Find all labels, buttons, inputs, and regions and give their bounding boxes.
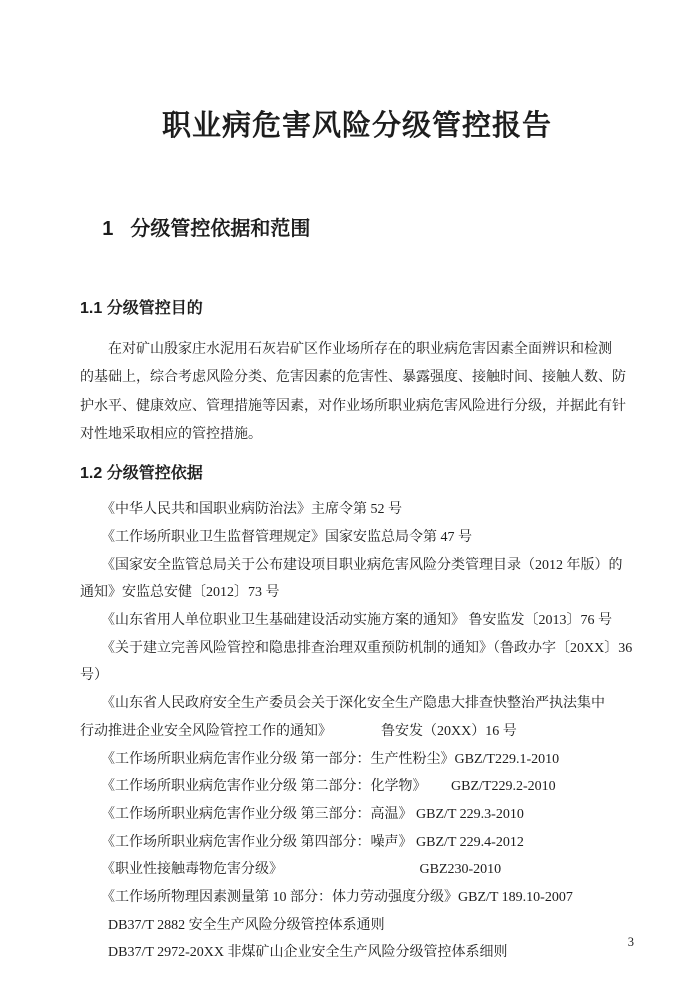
reference-line: 通知》安监总安健〔2012〕73 号 xyxy=(80,579,634,607)
reference-line: 《山东省人民政府安全生产委员会关于深化安全生产隐患大排查快整治严执法集中 xyxy=(80,690,634,718)
reference-line: 号） xyxy=(80,662,634,690)
reference-line: 《工作场所物理因素测量第 10 部分：体力劳动强度分级》GBZ/T 189.10… xyxy=(80,884,634,912)
paragraph-line: 护水平、健康效应、管理措施等因素，对作业场所职业病危害风险进行分级，并据此有针 xyxy=(80,393,634,421)
reference-line: 《职业性接触毒物危害分级》 GBZ230-2010 xyxy=(80,856,634,884)
reference-line: 《工作场所职业病危害作业分级 第三部分：高温》 GBZ/T 229.3-2010 xyxy=(80,801,634,829)
reference-line: 《工作场所职业卫生监督管理规定》国家安监总局令第 47 号 xyxy=(80,524,634,552)
paragraph-line: 的基础上，综合考虑风险分类、危害因素的危害性、暴露强度、接触时间、接触人数、防 xyxy=(80,364,634,392)
section-1-2-heading: 1.2 分级管控依据 xyxy=(80,465,634,483)
reference-line: DB37/T 2882 安全生产风险分级管控体系通则 xyxy=(80,912,634,940)
purpose-paragraph: 在对矿山殷家庄水泥用石灰岩矿区作业场所存在的职业病危害因素全面辨识和检测的基础上… xyxy=(80,336,634,449)
reference-line: 《山东省用人单位职业卫生基础建设活动实施方案的通知》 鲁安监发〔2013〕76 … xyxy=(80,607,634,635)
references-list: 《中华人民共和国职业病防治法》主席令第 52 号 《工作场所职业卫生监督管理规定… xyxy=(80,496,634,967)
reference-line: 《国家安全监管总局关于公布建设项目职业病危害风险分类管理目录（2012 年版）的 xyxy=(80,552,634,580)
section-1-title: 分级管控依据和范围 xyxy=(130,218,310,240)
reference-line: 《工作场所职业病危害作业分级 第二部分：化学物》 GBZ/T229.2-2010 xyxy=(80,773,634,801)
page-number: 3 xyxy=(628,934,634,950)
reference-line: 《工作场所职业病危害作业分级 第四部分：噪声》 GBZ/T 229.4-2012 xyxy=(80,829,634,857)
document-page: 职业病危害风险分级管控报告 1分级管控依据和范围 1.1 分级管控目的 在对矿山… xyxy=(0,0,700,990)
reference-line: DB37/T 2972-20XX 非煤矿山企业安全生产风险分级管控体系细则 xyxy=(80,939,634,967)
reference-line: 行动推进企业安全风险管控工作的通知》 鲁安发（20XX）16 号 xyxy=(80,718,634,746)
reference-line: 《中华人民共和国职业病防治法》主席令第 52 号 xyxy=(80,496,634,524)
section-1-heading: 1分级管控依据和范围 xyxy=(80,196,634,262)
section-1-1-heading: 1.1 分级管控目的 xyxy=(80,300,634,318)
reference-line: 《关于建立完善风险管控和隐患排查治理双重预防机制的通知》（鲁政办字〔20XX〕3… xyxy=(80,635,634,663)
document-title: 职业病危害风险分级管控报告 xyxy=(80,110,634,142)
section-1-number: 1 xyxy=(102,218,113,240)
paragraph-line: 对性地采取相应的管控措施。 xyxy=(80,421,634,449)
paragraph-line: 在对矿山殷家庄水泥用石灰岩矿区作业场所存在的职业病危害因素全面辨识和检测 xyxy=(80,336,634,364)
reference-line: 《工作场所职业病危害作业分级 第一部分：生产性粉尘》GBZ/T229.1-201… xyxy=(80,746,634,774)
